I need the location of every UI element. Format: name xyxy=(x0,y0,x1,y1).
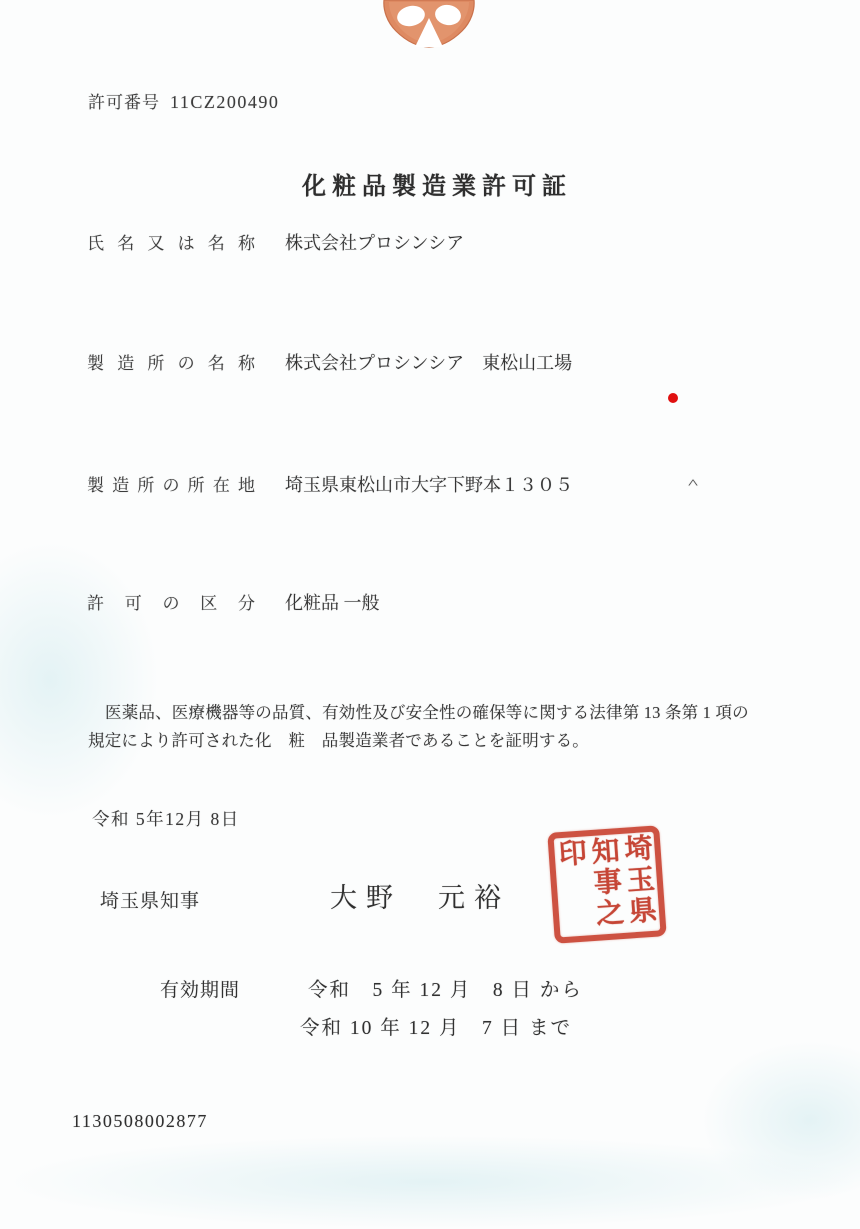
field-value-factory-address: 埼玉県東松山市大字下野本１３０５ xyxy=(285,471,573,497)
document-title: 化粧品製造業許可証 xyxy=(302,166,572,201)
field-label-factory-name: 製造所の名称 xyxy=(87,349,255,374)
validity-period-label: 有効期間 xyxy=(160,975,240,1002)
prefecture-emblem-stamp-icon xyxy=(381,0,477,48)
validity-period-from: 令和 5 年 12 月 8 日 から xyxy=(308,974,583,1002)
validity-period-to: 令和 10 年 12 月 7 日 まで xyxy=(300,1012,572,1040)
document-number: 1130508002877 xyxy=(72,1111,208,1132)
governor-seal-text: 埼玉県知事之印 xyxy=(556,833,658,935)
scan-tint-left xyxy=(0,540,160,820)
scan-tint-bottom-right xyxy=(700,1040,860,1200)
scan-tint-bottom xyxy=(0,1135,860,1229)
governor-seal-stamp: 埼玉県知事之印 xyxy=(547,825,666,944)
field-value-permit-category: 化粧品 一般 xyxy=(285,589,380,615)
field-label-factory-address: 製造所の所在地 xyxy=(87,471,255,496)
field-label-name: 氏名又は名称 xyxy=(87,229,255,254)
issuer-name: 大野 元裕 xyxy=(330,876,510,915)
field-value-factory-name: 株式会社プロシンシア 東松山工場 xyxy=(285,349,572,375)
field-label-permit-category: 許可の区分 xyxy=(87,589,255,614)
permit-number-line: 許可番号11CZ200490 xyxy=(88,88,279,113)
certification-text-line1: 医薬品、医療機器等の品質、有効性及び安全性の確保等に関する法律第 13 条第 1… xyxy=(88,699,749,723)
issuer-title: 埼玉県知事 xyxy=(100,886,200,913)
certification-text-line2: 規定により許可された化 粧 品製造業者であることを証明する。 xyxy=(88,727,589,751)
caret-mark: ^ xyxy=(688,476,698,492)
field-value-name: 株式会社プロシンシア xyxy=(285,229,464,255)
license-certificate-page: 許可番号11CZ200490 化粧品製造業許可証 氏名又は名称 株式会社プロシン… xyxy=(0,0,860,1229)
permit-number-value: 11CZ200490 xyxy=(170,92,279,112)
permit-number-label: 許可番号 xyxy=(88,93,160,112)
issue-date: 令和 5年12月 8日 xyxy=(92,806,240,831)
red-dot-mark xyxy=(668,393,678,403)
